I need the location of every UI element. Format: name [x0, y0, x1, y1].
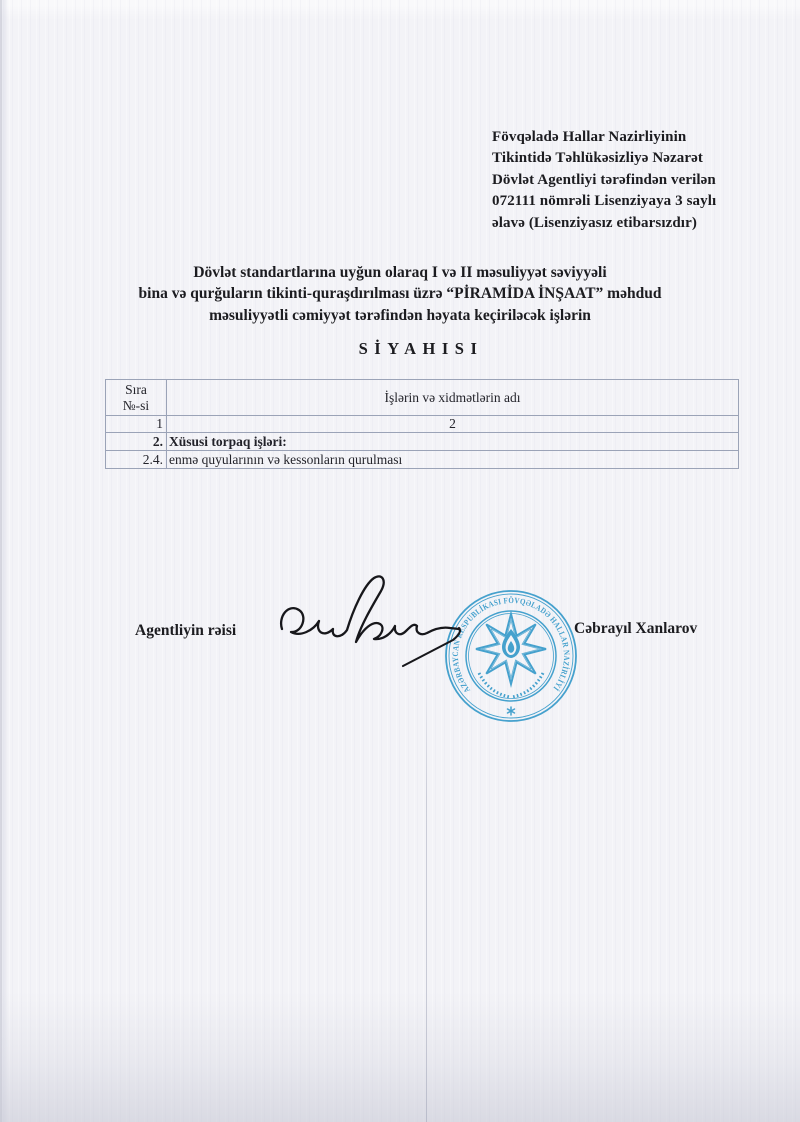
cell-row-no: 2. — [106, 433, 167, 451]
cell-row-no: 2.4. — [106, 451, 167, 469]
stamp-ring-text: AZƏRBAYCAN RESPUBLİKASI FÖVQƏLADƏ HALLAR… — [451, 596, 571, 694]
scan-bottom-shadow — [0, 992, 800, 1122]
emblem-wreath-left — [479, 673, 510, 697]
stamp-inner-circle — [466, 611, 556, 701]
signature-stroke — [281, 576, 459, 642]
stamp-inner-inner-circle — [469, 614, 554, 699]
table-header-row: Sıra №-si İşlərin və xidmətlərin adı — [106, 380, 739, 416]
table-row-item: 2.4. enmə quyularının və kessonların qur… — [106, 451, 739, 469]
signatory-role-label: Agentliyin rəisi — [135, 622, 236, 640]
emblem-eight-point-star — [476, 614, 546, 684]
table-column-number-row: 1 2 — [106, 416, 739, 433]
emblem-star-inner-outline — [482, 620, 539, 677]
col-header-sira-no: Sıra №-si — [106, 380, 167, 416]
license-note-line: Tikintidə Təhlükəsizliyə Nəzarət — [492, 148, 800, 169]
signatory-name: Cəbrayıl Xanlarov — [574, 620, 697, 638]
cell-col-number: 2 — [167, 416, 739, 433]
scan-left-edge-shadow — [0, 0, 8, 1122]
stamp-outer-inner-circle — [449, 594, 573, 718]
paper-fold-crease — [426, 660, 427, 1122]
list-heading: SİYAHISI — [42, 339, 800, 359]
signature-flourish — [403, 628, 460, 666]
col-header-sira-line2: №-si — [123, 398, 149, 413]
emblem-flame-inner — [506, 635, 517, 655]
cell-work-name: enmə quyularının və kessonların qurulmas… — [167, 451, 739, 469]
license-note-line: əlavə (Lisenziyasız etibarsızdır) — [492, 213, 800, 234]
official-stamp: AZƏRBAYCAN RESPUBLİKASI FÖVQƏLADƏ HALLAR… — [446, 591, 576, 721]
document-title: Dövlət standartlarına uyğun olaraq I və … — [0, 262, 800, 326]
stamp-bottom-star-icon — [508, 707, 515, 715]
signature-ink — [281, 576, 460, 666]
document-title-line: Dövlət standartlarına uyğun olaraq I və … — [0, 262, 800, 283]
document-title-line: məsuliyyətli cəmiyyət tərəfindən həyata … — [0, 305, 800, 326]
works-table: Sıra №-si İşlərin və xidmətlərin adı 1 2… — [105, 379, 739, 469]
license-note: Fövqəladə Hallar Nazirliyinin Tikintidə … — [492, 127, 800, 234]
table-row-section: 2. Xüsusi torpaq işləri: — [106, 433, 739, 451]
license-note-line: Dövlət Agentliyi tərəfindən verilən — [492, 170, 800, 191]
emblem-flame-core — [508, 641, 514, 653]
col-header-sira-line1: Sıra — [125, 382, 147, 397]
cell-work-name: Xüsusi torpaq işləri: — [167, 433, 739, 451]
scanned-license-annex-page: Fövqəladə Hallar Nazirliyinin Tikintidə … — [0, 0, 800, 1122]
cell-col-number: 1 — [106, 416, 167, 433]
document-title-line: bina və qurğuların tikinti-quraşdırılmas… — [0, 283, 800, 304]
emblem-wreath-right — [512, 673, 543, 697]
emblem-flame — [502, 629, 520, 658]
stamp-outer-circle — [446, 591, 576, 721]
col-header-work-name: İşlərin və xidmətlərin adı — [167, 380, 739, 416]
license-note-line: 072111 nömrəli Lisenziyaya 3 saylı — [492, 191, 800, 212]
license-note-line: Fövqəladə Hallar Nazirliyinin — [492, 127, 800, 148]
